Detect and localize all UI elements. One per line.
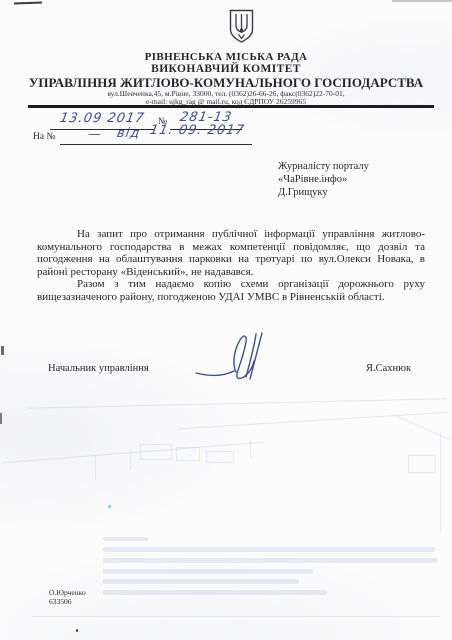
letter-body: На запит про отримання публічної інформа… (37, 228, 425, 304)
bleed-through-text-line (103, 547, 435, 552)
recipient-line-3: Д.Грищуку (278, 186, 369, 199)
executor-name: О.Юрченко (49, 588, 86, 597)
reply-label: На № (33, 132, 56, 142)
bleed-through-line (396, 415, 452, 445)
recipient-line-2: «ЧаРівне.інфо» (278, 173, 369, 186)
signoff-name: Я.Сахнюк (366, 363, 411, 374)
bleed-through-text-line (103, 537, 148, 541)
letterhead-divider (28, 105, 434, 108)
bleed-through-shape (176, 447, 200, 461)
scanned-letter-page: РІВНЕНСЬКА МІСЬКА РАДА ВИКОНАВЧИЙ КОМІТЕ… (0, 0, 452, 640)
bleed-through-line (130, 450, 131, 470)
bleed-through-line (440, 432, 441, 532)
scan-artifact-top-dash (14, 2, 42, 5)
signature-scribble (192, 332, 288, 384)
executor-phone: 633506 (49, 597, 72, 606)
scan-artifact-top-right-smudge (392, 0, 452, 2)
bleed-through-text-line (103, 590, 327, 595)
bleed-through-text-line (103, 558, 437, 563)
bleed-through-line (250, 440, 251, 458)
bleed-through-line (28, 398, 446, 408)
scan-artifact-left-mark-2 (0, 413, 2, 424)
reference-underline-2 (60, 144, 252, 145)
outgoing-date-handwritten: 13.09 2017 (59, 111, 146, 126)
scan-artifact-left-mark-1 (1, 346, 4, 355)
bleed-through-shape (140, 444, 172, 460)
letterhead-committee-name: ВИКОНАВЧИЙ КОМІТЕТ (0, 63, 452, 75)
letterhead-council-name: РІВНЕНСЬКА МІСЬКА РАДА (0, 51, 452, 63)
signoff-position: Начальник управління (48, 363, 149, 374)
bleed-through-shape (206, 451, 234, 463)
bleed-through-line (95, 455, 96, 480)
bleed-through-line (32, 616, 440, 617)
reply-number-handwritten: — (87, 127, 104, 142)
ukraine-trident-emblem (228, 9, 255, 44)
bleed-through-shape (408, 455, 436, 473)
bleed-through-text-line (103, 579, 299, 584)
reply-date-handwritten: 11. 09. 2017 (149, 123, 246, 138)
recipient-line-1: Журналісту порталу (278, 160, 369, 173)
reply-from-handwritten: від (116, 126, 142, 141)
bleed-through-text-line (103, 569, 313, 574)
scan-artifact-dot (76, 629, 78, 632)
scan-artifact-speck (108, 505, 111, 508)
recipient-block: Журналісту порталу «ЧаРівне.інфо» Д.Грищ… (278, 160, 369, 200)
body-paragraph-1: На запит про отримання публічної інформа… (37, 228, 425, 278)
body-paragraph-2: Разом з тим надаємо копію схеми організа… (37, 278, 425, 303)
